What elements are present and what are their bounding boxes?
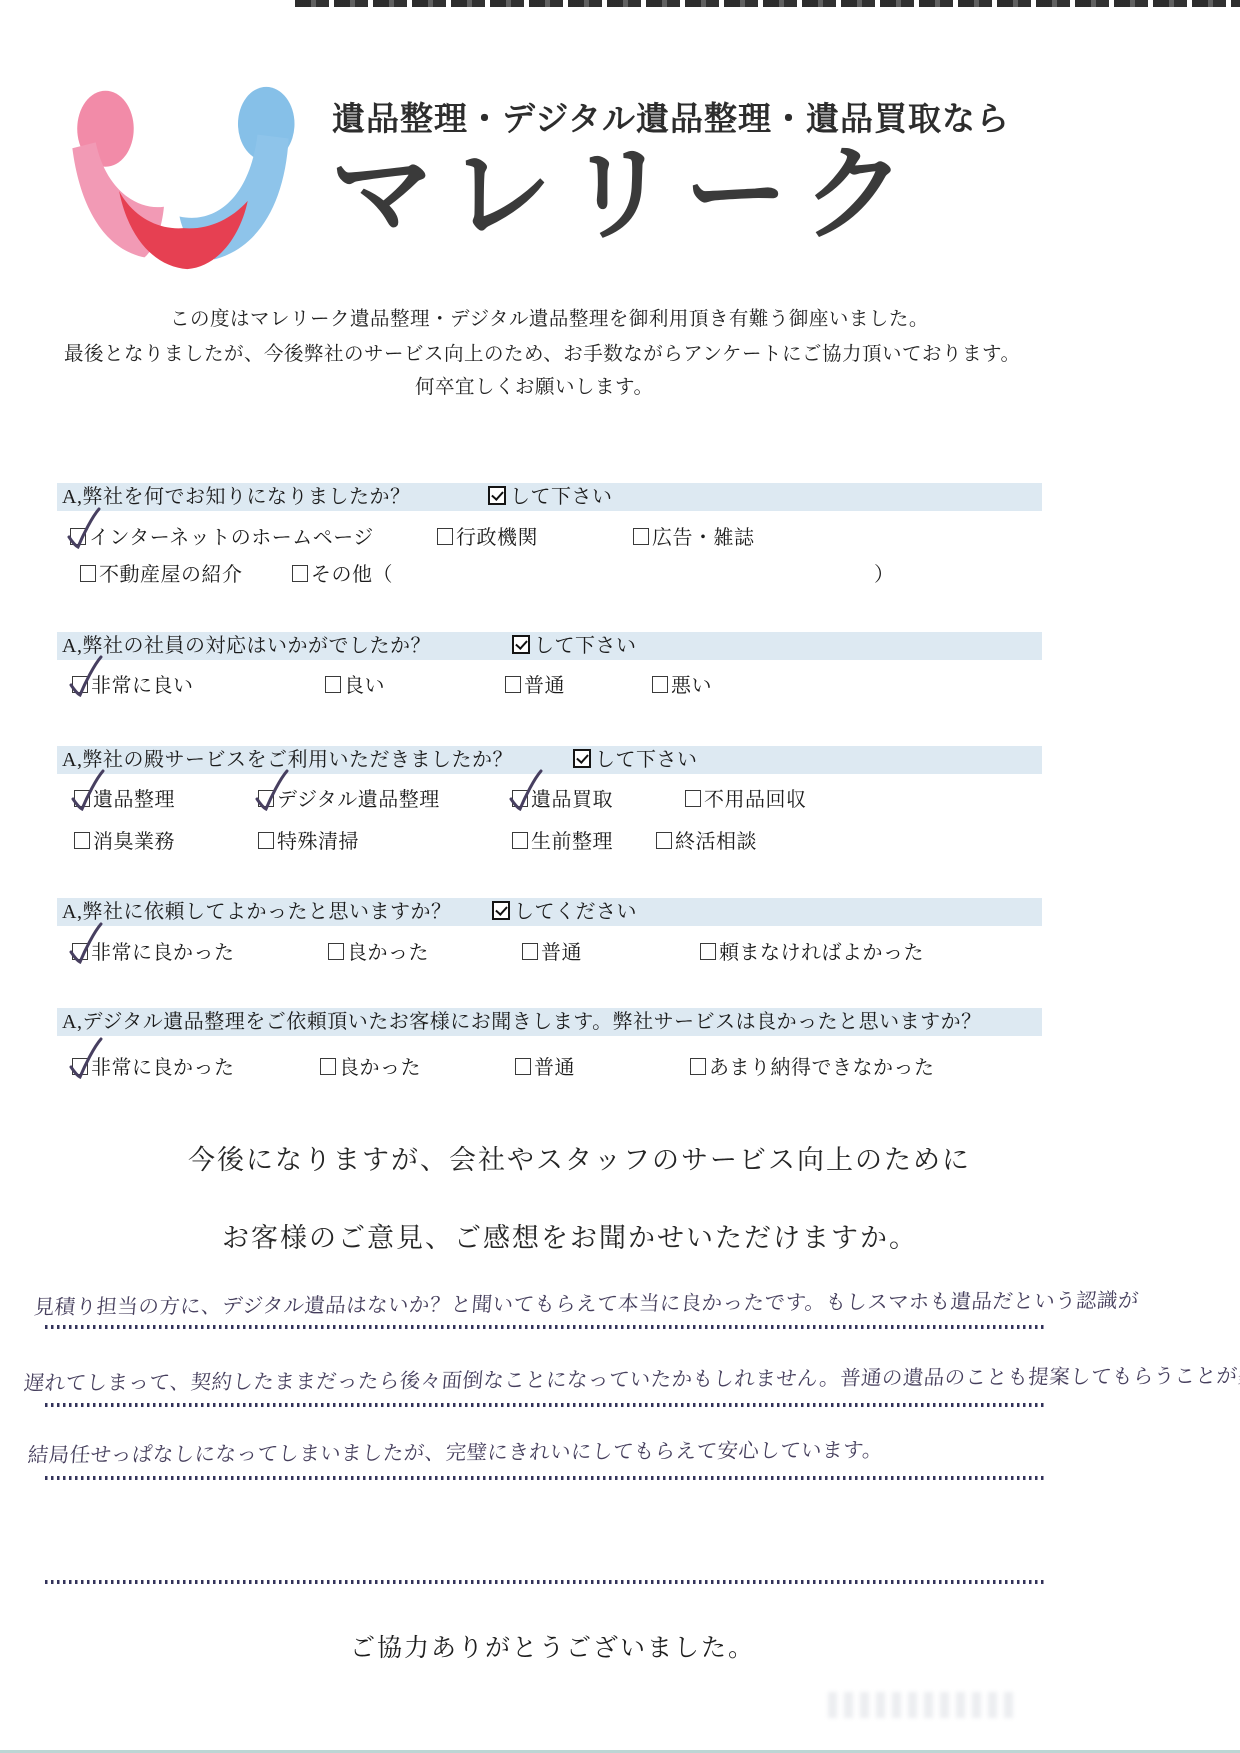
- checkbox[interactable]: [258, 790, 274, 807]
- option-digital-estate-cleanup: デジタル遺品整理: [258, 783, 440, 812]
- scanner-edge-artifact: [295, 0, 1240, 7]
- intro-line-2: 最後となりましたが、今後弊社のサービス向上のため、お手数ながらアンケートにご協力…: [64, 338, 1021, 366]
- option-ads-magazine: 広告・雑誌: [633, 521, 755, 550]
- checked-checkbox-icon: [488, 486, 506, 505]
- option-glad: 良かった: [328, 936, 429, 965]
- option-government: 行政機関: [437, 521, 538, 550]
- checkbox[interactable]: [522, 943, 538, 960]
- question-3-check-instruction: して下さい: [573, 746, 698, 774]
- option-very-glad: 非常に良かった: [72, 936, 235, 965]
- question-3-header: A,弊社の殿サービスをご利用いただきましたか？: [57, 746, 1042, 774]
- checkbox[interactable]: [512, 832, 528, 849]
- comment-dotted-line: [45, 1403, 1045, 1407]
- checkbox[interactable]: [320, 1058, 336, 1075]
- handwritten-check-icon: [65, 511, 103, 553]
- question-4-label: A,弊社に依頼してよかったと思いますか？: [57, 901, 451, 923]
- option-internet-homepage: インターネットのホームページ: [70, 521, 374, 550]
- checkbox[interactable]: [72, 943, 88, 960]
- question-2-label: A,弊社の社員の対応はいかがでしたか？: [57, 635, 431, 657]
- question-1-check-instruction: して下さい: [488, 483, 613, 511]
- checkbox[interactable]: [72, 676, 88, 693]
- option-other-close-paren: ）: [874, 558, 895, 587]
- option-special-cleaning: 特殊清掃: [258, 825, 359, 854]
- checkbox[interactable]: [437, 528, 453, 545]
- question-5-label: A,デジタル遺品整理をご依頼頂いたお客様にお聞きします。弊社サービスは良かったと…: [57, 1011, 982, 1033]
- option-other: その他（: [292, 558, 393, 587]
- checkbox[interactable]: [512, 790, 528, 807]
- handwritten-comment-line-3: 結局任せっぱなしになってしまいましたが、完璧にきれいにしてもらえて安心しています…: [27, 1433, 885, 1468]
- faint-scan-smudge: [828, 1692, 1013, 1718]
- checked-checkbox-icon: [512, 635, 530, 654]
- option-bad: 悪い: [652, 669, 712, 698]
- checkbox[interactable]: [74, 832, 90, 849]
- feedback-request-line-2: お客様のご意見、ご感想をお聞かせいただけますか。: [222, 1216, 918, 1255]
- handwritten-check-icon: [67, 1041, 105, 1083]
- closing-thanks: ご協力ありがとうございました。: [350, 1628, 755, 1664]
- option-very-good: 非常に良い: [72, 669, 194, 698]
- option-junk-removal: 不用品回収: [685, 783, 807, 812]
- handwritten-check-icon: [67, 659, 105, 701]
- checkbox[interactable]: [258, 832, 274, 849]
- feedback-request-line-1: 今後になりますが、会社やスタッフのサービス向上のために: [188, 1138, 971, 1177]
- comment-dotted-line: [45, 1325, 1045, 1329]
- checkbox[interactable]: [72, 1058, 88, 1075]
- checkbox[interactable]: [505, 676, 521, 693]
- checkbox[interactable]: [325, 676, 341, 693]
- option-pre-death-organizing: 生前整理: [512, 825, 613, 854]
- option-normal: 普通: [522, 936, 582, 965]
- checked-checkbox-icon: [573, 749, 591, 768]
- option-end-of-life-consult: 終活相談: [656, 825, 757, 854]
- checkbox[interactable]: [292, 565, 308, 582]
- checkbox[interactable]: [652, 676, 668, 693]
- checkbox[interactable]: [328, 943, 344, 960]
- option-not-satisfied: あまり納得できなかった: [690, 1051, 935, 1080]
- checkbox[interactable]: [685, 790, 701, 807]
- option-normal: 普通: [515, 1051, 575, 1080]
- logo-tagline: 遺品整理・デジタル遺品整理・遺品買取なら: [332, 93, 1010, 140]
- intro-line-1: この度はマレリーク遺品整理・デジタル遺品整理を御利用頂き有難う御座いました。: [170, 303, 929, 331]
- option-estate-cleanup: 遺品整理: [74, 783, 175, 812]
- option-should-not-have-asked: 頼まなければよかった: [700, 936, 924, 965]
- question-1-label: A,弊社を何でお知りになりましたか？: [57, 486, 410, 508]
- survey-document: 遺品整理・デジタル遺品整理・遺品買取なら マレリーク この度はマレリーク遺品整理…: [0, 0, 1240, 1753]
- option-estate-purchase: 遺品買取: [512, 783, 613, 812]
- option-deodorization: 消臭業務: [74, 825, 175, 854]
- checkbox[interactable]: [690, 1058, 706, 1075]
- question-2-check-instruction: して下さい: [512, 632, 637, 660]
- question-4-check-instruction: してください: [492, 898, 637, 926]
- checkbox[interactable]: [515, 1058, 531, 1075]
- checkbox[interactable]: [656, 832, 672, 849]
- mareleek-logo-icon: [58, 82, 303, 272]
- option-glad: 良かった: [320, 1051, 421, 1080]
- handwritten-comment-line-2: 遅れてしまって、契約したままだったら後々面倒なことになっていたかもしれません。普…: [23, 1358, 1240, 1396]
- handwritten-comment-line-1: 見積り担当の方に、デジタル遺品はないか？と聞いてもらえて本当に良かったです。もし…: [33, 1283, 1140, 1320]
- checked-checkbox-icon: [492, 901, 510, 920]
- checkbox[interactable]: [700, 943, 716, 960]
- checkbox[interactable]: [70, 528, 86, 545]
- handwritten-check-icon: [67, 926, 105, 968]
- handwritten-check-icon: [69, 773, 107, 815]
- checkbox[interactable]: [80, 565, 96, 582]
- option-very-glad: 非常に良かった: [72, 1051, 235, 1080]
- comment-dotted-line: [45, 1476, 1045, 1480]
- handwritten-check-icon: [253, 773, 291, 815]
- intro-line-3: 何卒宜しくお願いします。: [415, 371, 653, 399]
- option-normal: 普通: [505, 669, 565, 698]
- option-good: 良い: [325, 669, 385, 698]
- checkbox[interactable]: [633, 528, 649, 545]
- option-realtor-referral: 不動産屋の紹介: [80, 558, 243, 587]
- question-5-header: A,デジタル遺品整理をご依頼頂いたお客様にお聞きします。弊社サービスは良かったと…: [57, 1008, 1042, 1036]
- question-3-label: A,弊社の殿サービスをご利用いただきましたか？: [57, 749, 513, 771]
- handwritten-check-icon: [507, 773, 545, 815]
- comment-dotted-line: [45, 1580, 1045, 1584]
- checkbox[interactable]: [74, 790, 90, 807]
- brand-title: マレリーク: [330, 138, 920, 252]
